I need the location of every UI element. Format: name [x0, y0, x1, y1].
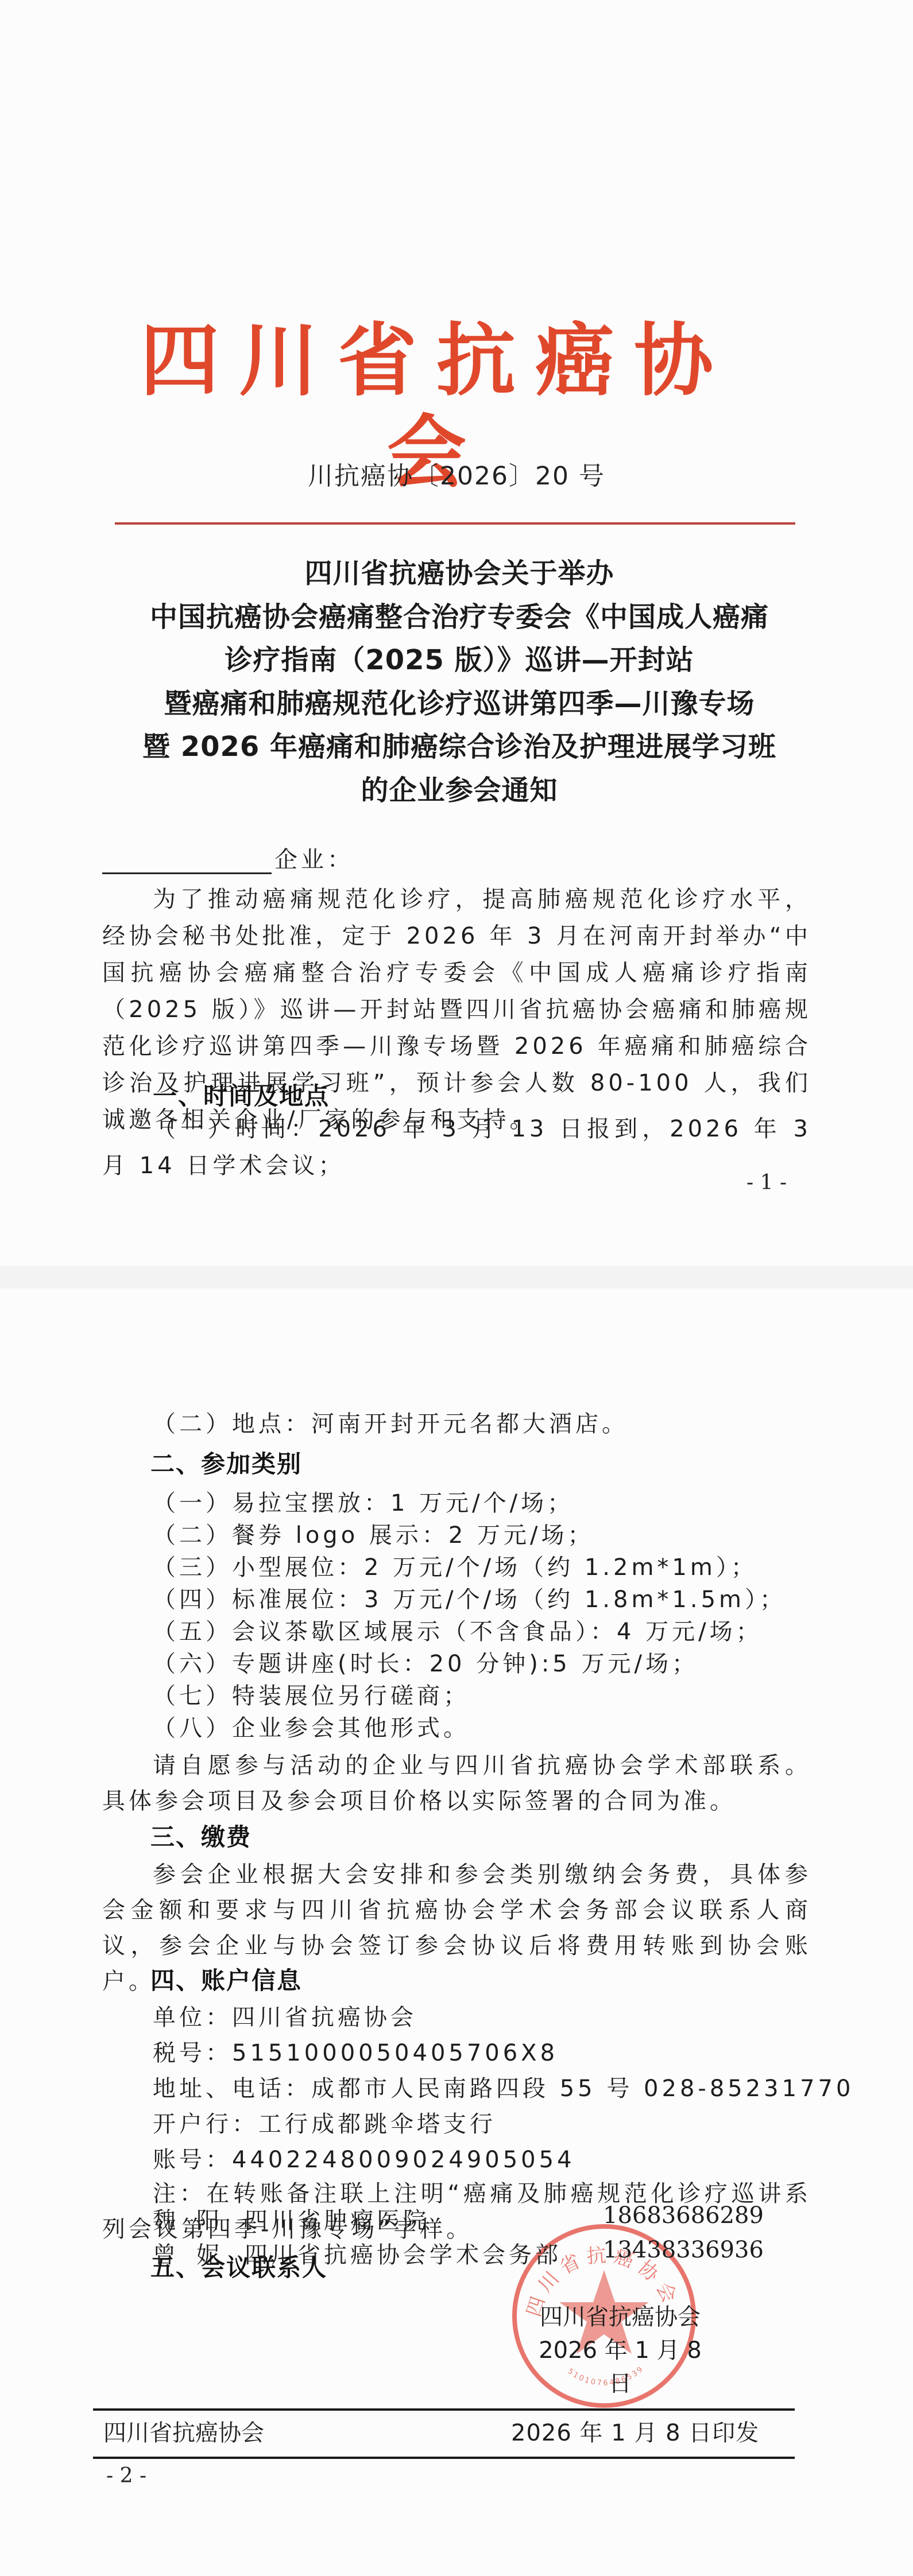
document-number: 川抗癌协〔2026〕20 号 [0, 459, 913, 494]
categories-note: 请自愿参与活动的企业与四川省抗癌协会学术部联系。具体参会项目及参会项目价格以实际… [102, 1748, 811, 1819]
addressee-blank-line [102, 872, 272, 874]
title-line: 的企业参会通知 [86, 769, 833, 813]
footer-issuer: 四川省抗癌协会 [103, 2417, 264, 2449]
account-unit: 单位：四川省抗癌协会 [153, 2001, 417, 2034]
category-item: （一）易拉宝摆放：1 万元/个/场； [153, 1487, 574, 1519]
signature-org: 四川省抗癌协会 [528, 2300, 712, 2334]
addressee-label: 企业： [274, 844, 354, 876]
account-number: 账号：4402248009024905054 [153, 2144, 575, 2176]
section-heading-categories: 二、参加类别 [150, 1447, 302, 1481]
footer-top-rule [93, 2408, 795, 2411]
signature-date: 2026 年 1 月 8 日 [528, 2334, 712, 2400]
account-bank: 开户行：工行成都跳伞塔支行 [153, 2108, 496, 2140]
notice-title: 四川省抗癌协会关于举办 中国抗癌协会癌痛整合治疗专委会《中国成人癌痛 诊疗指南（… [86, 552, 833, 812]
time-detail: （一）时间：2026 年 3 月 13 日报到，2026 年 3 月 14 日学… [102, 1111, 811, 1184]
title-line: 暨 2026 年癌痛和肺癌综合诊治及护理进展学习班 [86, 726, 833, 769]
contact-phone: 18683686289 [603, 2202, 764, 2229]
contact-phone: 13438336936 [603, 2237, 764, 2263]
category-item: （二）餐券 logo 展示：2 万元/场； [153, 1519, 594, 1551]
place-detail: （二）地点：河南开封开元名都大酒店。 [153, 1408, 628, 1440]
section-heading-account: 四、账户信息 [150, 1964, 302, 1998]
title-line: 暨癌痛和肺癌规范化诊疗巡讲第四季—川豫专场 [86, 682, 833, 726]
section-heading-payment: 三、缴费 [150, 1820, 252, 1855]
page-number: - 2 - [106, 2464, 146, 2488]
category-item: （七）特装展位另行磋商； [153, 1680, 470, 1712]
footer-bottom-rule [93, 2457, 795, 2459]
contact-org: 四川省肿瘤医院 [245, 2202, 430, 2235]
category-item: （三）小型展位：2 万元/个/场（约 1.2m*1m）； [153, 1551, 757, 1584]
title-line: 四川省抗癌协会关于举办 [86, 552, 833, 596]
section-heading-time-place: 一、时间及地点 [153, 1079, 330, 1114]
category-item: （六）专题讲座(时长：20 分钟):5 万元/场； [153, 1648, 698, 1680]
title-line: 诊疗指南（2025 版）》巡讲—开封站 [86, 639, 833, 682]
document-page-1: 四川省抗癌协会 川抗癌协〔2026〕20 号 四川省抗癌协会关于举办 中国抗癌协… [0, 0, 913, 1266]
signature-block: 四川省抗癌协会 2026 年 1 月 8 日 [528, 2300, 712, 2400]
red-divider-rule [115, 522, 795, 525]
category-item: （四）标准展位：3 万元/个/场（约 1.8m*1.5m）； [153, 1584, 786, 1616]
category-item: （八）企业参会其他形式。 [153, 1712, 470, 1744]
document-page-2: （二）地点：河南开封开元名都大酒店。 二、参加类别 （一）易拉宝摆放：1 万元/… [0, 1289, 913, 2576]
footer-print-date: 2026 年 1 月 8 日印发 [511, 2417, 759, 2449]
account-address-phone: 地址、电话：成都市人民南路四段 55 号 028-85231770 [153, 2073, 854, 2105]
page-number: - 1 - [746, 1171, 787, 1194]
title-line: 中国抗癌协会癌痛整合治疗专委会《中国成人癌痛 [86, 596, 833, 639]
contact-name: 魏阳 [153, 2202, 240, 2235]
account-tax-id: 税号：5151000050405706X8 [153, 2037, 558, 2069]
contact-org: 四川省抗癌协会学术会务部 [245, 2237, 562, 2269]
contact-name: 曾妮 [153, 2237, 240, 2269]
category-item: （五）会议茶歇区域展示（不含食品）：4 万元/场； [153, 1616, 763, 1648]
